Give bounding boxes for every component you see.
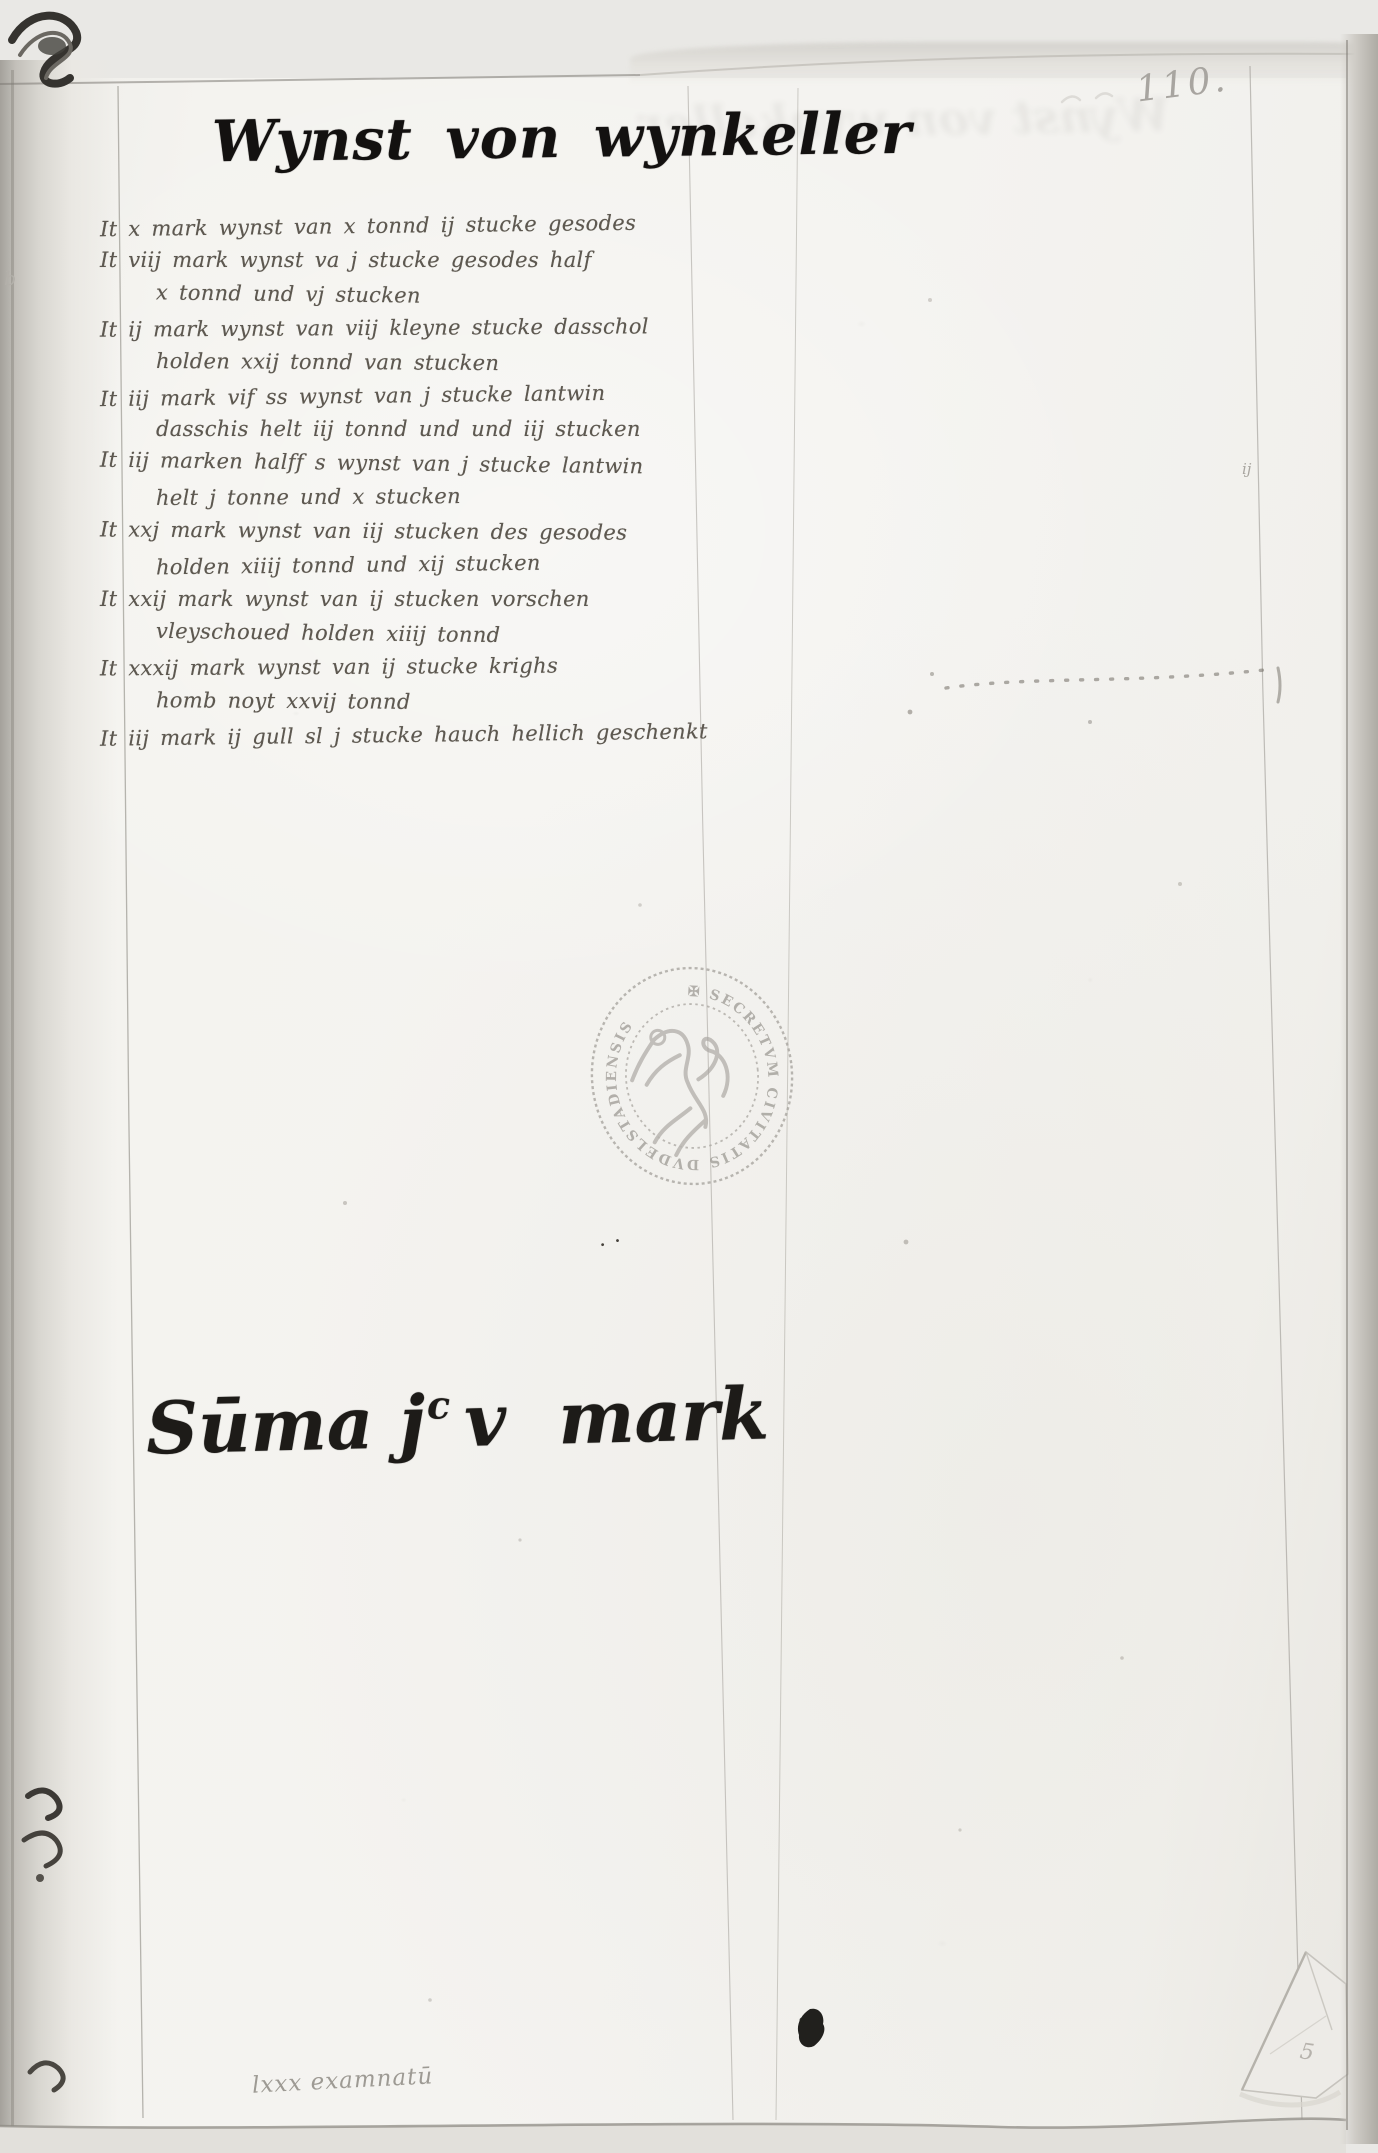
right-paper-edge-line — [1346, 40, 1348, 2130]
bottom-paper-edge — [0, 2100, 1378, 2153]
paper-specks — [0, 0, 1378, 2153]
manuscript-scan: Wynst von wynkeller Wynst von wynkeller … — [0, 0, 1378, 2153]
